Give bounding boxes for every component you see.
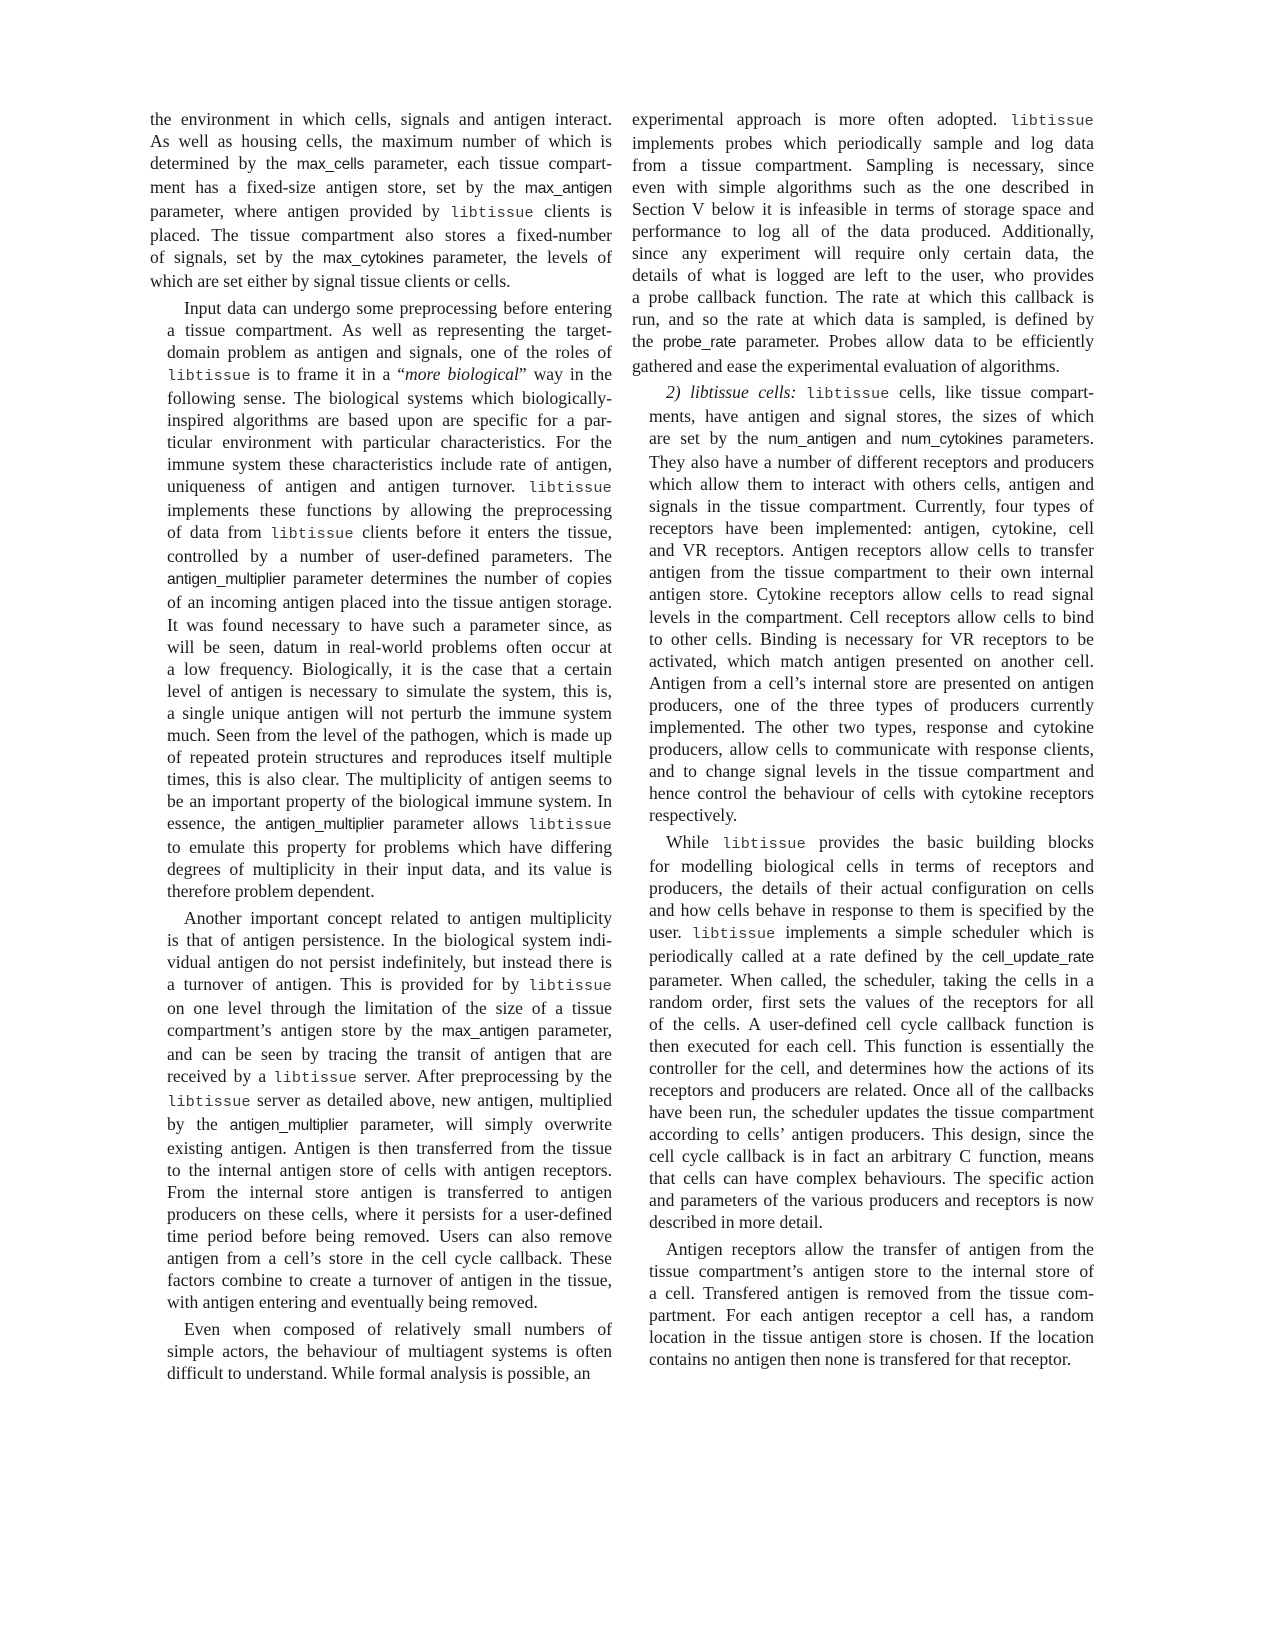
text-run: ” way in the [519,364,612,384]
text-line: will be seen, datum in real-world proble… [150,636,612,658]
text-run: experimental approach is more often adop… [632,109,1010,129]
text-run: much. Seen from the level of the pathoge… [167,725,612,745]
text-line: be an important property of the biologic… [150,790,612,812]
text-run: provides the basic building blocks [806,832,1094,852]
text-line: implemented. The other two types, respon… [632,716,1094,738]
parameter-name: antigen_multiplier [230,1117,349,1134]
text-line: Even when composed of relatively small n… [150,1318,612,1340]
text-run: are set by the [649,428,768,448]
text-run: inspired algorithms are based upon are s… [167,410,612,430]
text-line: received by a libtissue server. After pr… [150,1065,612,1089]
text-run: parameter. When called, the scheduler, t… [649,970,1094,990]
text-line: producers on these cells, where it persi… [150,1203,612,1225]
text-line: factors combine to create a turnover of … [150,1269,612,1291]
text-run: server. After preprocessing by the [357,1066,612,1086]
text-line: and can be seen by tracing the transit o… [150,1043,612,1065]
text-line: implements these functions by allowing t… [150,499,612,521]
text-line: of signals, set by the max_cytokines par… [150,246,612,270]
text-run: uniqueness of antigen and antigen turnov… [167,476,528,496]
parameter-name: max_cytokines [323,250,424,267]
text-run: levels in the compartment. Cell receptor… [649,607,1094,627]
text-line: of data from libtissue clients before it… [150,521,612,545]
text-line: a single unique antigen will not perturb… [150,702,612,724]
text-run: a probe callback function. The rate at w… [632,287,1094,307]
text-run: They also have a number of different rec… [649,452,1094,472]
text-line: libtissue is to frame it in a “more biol… [150,363,612,387]
text-run: Antigen receptors allow the transfer of … [666,1239,1094,1259]
text-line: signals in the tissue compartment. Curre… [632,495,1094,517]
text-run: clients before it enters the tissue, [354,522,612,542]
code-term: libtissue [528,977,612,995]
text-line: by the antigen_multiplier parameter, wil… [150,1113,612,1137]
code-term: libtissue [692,925,776,943]
text-line: performance to log all of the data produ… [632,220,1094,242]
text-run: receptors and producers are related. Onc… [649,1080,1094,1100]
text-line: parameter, where antigen provided by lib… [150,200,612,224]
text-line: parameter. When called, the scheduler, t… [632,969,1094,991]
text-run: will be seen, datum in real-world proble… [167,637,612,657]
text-line: Another important concept related to ant… [150,907,612,929]
text-line: uniqueness of antigen and antigen turnov… [150,475,612,499]
text-run: It was found necessary to have such a pa… [167,615,612,635]
text-run: existing antigen. Antigen is then transf… [167,1138,612,1158]
code-term: libtissue [528,816,612,834]
text-line: contains no antigen then none is transfe… [632,1348,1094,1370]
text-line: placed. The tissue compartment also stor… [150,224,612,246]
text-run: producers, allow cells to communicate wi… [649,739,1094,759]
text-run: parameters. [1003,428,1094,448]
text-run: placed. The tissue compartment also stor… [150,225,612,245]
text-line: a tissue compartment. As well as represe… [150,319,612,341]
text-run: that cells can have complex behaviours. … [649,1168,1094,1188]
text-line: activated, which match antigen presented… [632,650,1094,672]
text-run: activated, which match antigen presented… [649,651,1094,671]
text-run: parameter, the levels of [424,247,612,267]
text-run: ment has a fixed-size antigen store, set… [150,177,525,197]
text-run: received by a [167,1066,273,1086]
text-run: a low frequency. Biologically, it is the… [167,659,612,679]
code-term: libtissue [167,1093,251,1111]
text-run: be an important property of the biologic… [167,791,612,811]
text-run: signals in the tissue compartment. Curre… [649,496,1094,516]
text-run: is that of antigen persistence. In the b… [167,930,612,950]
text-run: details of what is logged are left to th… [632,265,1094,285]
text-line: antigen from the tissue compartment to t… [632,561,1094,583]
text-run: and VR receptors. Antigen receptors allo… [649,540,1094,560]
italic-text: more biological [405,364,519,384]
text-run: Section V below it is infeasible in term… [632,199,1094,219]
text-run: of signals, set by the [150,247,323,267]
text-line: of repeated protein structures and repro… [150,746,612,768]
text-line: compartment’s antigen store by the max_a… [150,1019,612,1043]
text-line: and to change signal levels in the tissu… [632,760,1094,782]
text-line: Antigen from a cell’s internal store are… [632,672,1094,694]
text-run: From the internal store antigen is trans… [167,1182,612,1202]
text-line: cell cycle callback is in fact an arbitr… [632,1145,1094,1167]
text-run: respectively. [649,805,737,825]
parameter-name: antigen_multiplier [265,816,384,833]
text-line: according to cells’ antigen producers. T… [632,1123,1094,1145]
text-line: run, and so the rate at which data is sa… [632,308,1094,330]
text-run: for modelling biological cells in terms … [649,856,1094,876]
text-run: As well as housing cells, the maximum nu… [150,131,612,151]
text-line: degrees of multiplicity in their input d… [150,858,612,880]
text-line: location in the tissue antigen store is … [632,1326,1094,1348]
text-line: vidual antigen do not persist indefinite… [150,951,612,973]
text-run: to the internal antigen store of cells w… [167,1160,612,1180]
paragraph-p8: Antigen receptors allow the transfer of … [632,1238,1094,1370]
text-line: respectively. [632,804,1094,826]
text-run: following sense. The biological systems … [167,388,612,408]
text-run: Antigen from a cell’s internal store are… [649,673,1094,693]
text-run: and parameters of the various producers … [649,1190,1094,1210]
text-line: 2) libtissue cells: libtissue cells, lik… [632,381,1094,405]
text-run: periodically called at a rate defined by… [649,946,982,966]
text-run: parameter, each tissue compart- [364,153,612,173]
text-run: parameter determines the number of copie… [286,568,612,588]
text-run: therefore problem dependent. [167,881,375,901]
text-line: inspired algorithms are based upon are s… [150,409,612,431]
text-line: random order, first sets the values of t… [632,991,1094,1013]
text-run: parameter allows [384,813,528,833]
text-run: parameter, [529,1020,612,1040]
text-run: compartment’s antigen store by the [167,1020,442,1040]
parameter-name: max_cells [297,156,365,173]
text-line: from a tissue compartment. Sampling is n… [632,154,1094,176]
code-term: libtissue [1010,112,1094,130]
text-run: factors combine to create a turnover of … [167,1270,612,1290]
text-line: are set by the num_antigen and num_cytok… [632,427,1094,451]
text-line: for modelling biological cells in terms … [632,855,1094,877]
paragraph-p5: experimental approach is more often adop… [632,108,1094,377]
text-run: implements a simple scheduler which is [776,922,1095,942]
text-line: immune system these characteristics incl… [150,453,612,475]
text-line: controlled by a number of user-defined p… [150,545,612,567]
text-line: and how cells behave in response to them… [632,899,1094,921]
text-run: then executed for each cell. This functi… [649,1036,1094,1056]
text-run: controller for the cell, and determines … [649,1058,1094,1078]
text-run: run, and so the rate at which data is sa… [632,309,1094,329]
text-line: As well as housing cells, the maximum nu… [150,130,612,152]
text-run: a tissue compartment. As well as represe… [167,320,612,340]
text-run: to emulate this property for problems wh… [167,837,612,857]
text-line: a probe callback function. The rate at w… [632,286,1094,308]
text-line: implements probes which periodically sam… [632,132,1094,154]
paragraph-p4: Even when composed of relatively small n… [150,1318,612,1384]
text-line: a cell. Transfered antigen is removed fr… [632,1282,1094,1304]
text-line: Antigen receptors allow the transfer of … [632,1238,1094,1260]
text-run: level of antigen is necessary to simulat… [167,681,612,701]
text-run: clients is [534,201,612,221]
text-run: which are set either by signal tissue cl… [150,271,511,291]
code-term: libtissue [273,1069,357,1087]
parameter-name: antigen_multiplier [167,571,286,588]
text-line: therefore problem dependent. [150,880,612,902]
text-line: producers, the details of their actual c… [632,877,1094,899]
code-term: libtissue [167,367,251,385]
text-run: producers, the details of their actual c… [649,878,1094,898]
text-run: and [856,428,901,448]
text-run: of the cells. A user-defined cell cycle … [649,1014,1094,1034]
text-run: is to frame it in a “ [251,364,405,384]
text-run: domain problem as antigen and signals, o… [167,342,612,362]
code-term: libtissue [270,525,354,543]
text-line: ticular environment with particular char… [150,431,612,453]
code-term: libtissue [722,835,806,853]
text-run: partment. For each antigen receptor a ce… [649,1305,1094,1325]
text-line: of an incoming antigen placed into the t… [150,591,612,613]
text-line: much. Seen from the level of the pathoge… [150,724,612,746]
code-term: libtissue [806,385,890,403]
text-run [796,382,805,402]
text-run: which allow them to interact with others… [649,474,1094,494]
text-run: since any experiment will require only c… [632,243,1094,263]
text-line: From the internal store antigen is trans… [150,1181,612,1203]
text-run: implements these functions by allowing t… [167,500,612,520]
text-line: to emulate this property for problems wh… [150,836,612,858]
text-run: of repeated protein structures and repro… [167,747,612,767]
parameter-name: num_antigen [768,431,856,448]
text-run: according to cells’ antigen producers. T… [649,1124,1094,1144]
text-line: tissue compartment’s antigen store to th… [632,1260,1094,1282]
text-run: from a tissue compartment. Sampling is n… [632,155,1094,175]
text-line: ments, have antigen and signal stores, t… [632,405,1094,427]
text-run: ticular environment with particular char… [167,432,612,452]
text-line: experimental approach is more often adop… [632,108,1094,132]
text-run: gathered and ease the experimental evalu… [632,356,1060,376]
text-run: parameter, where antigen provided by [150,201,450,221]
text-run: degrees of multiplicity in their input d… [167,859,612,879]
text-line: since any experiment will require only c… [632,242,1094,264]
text-run: with antigen entering and eventually bei… [167,1292,538,1312]
text-run: immune system these characteristics incl… [167,454,612,474]
text-line: antigen_multiplier parameter determines … [150,567,612,591]
text-line: which allow them to interact with others… [632,473,1094,495]
text-line: libtissue server as detailed above, new … [150,1089,612,1113]
text-run: by the [167,1114,230,1134]
text-run: antigen store. Cytokine receptors allow … [649,584,1094,604]
paragraph-p1: the environment in which cells, signals … [150,108,612,292]
text-line: producers, allow cells to communicate wi… [632,738,1094,760]
text-run: hence control the behaviour of cells wit… [649,783,1094,803]
text-line: While libtissue provides the basic build… [632,831,1094,855]
text-run: time period before being removed. Users … [167,1226,612,1246]
text-run: parameter. Probes allow data to be effic… [736,331,1094,351]
text-run: location in the tissue antigen store is … [649,1327,1094,1347]
text-run: tissue compartment’s antigen store to th… [649,1261,1094,1281]
paragraph-p2: Input data can undergo some preprocessin… [150,297,612,902]
text-line: controller for the cell, and determines … [632,1057,1094,1079]
text-run: of an incoming antigen placed into the t… [167,592,612,612]
text-run: and how cells behave in response to them… [649,900,1094,920]
text-line: on one level through the limitation of t… [150,997,612,1019]
text-line: details of what is logged are left to th… [632,264,1094,286]
text-line: receptors have been implemented: antigen… [632,517,1094,539]
text-line: which are set either by signal tissue cl… [150,270,612,292]
text-run: of data from [167,522,270,542]
text-line: producers, one of the three types of pro… [632,694,1094,716]
text-run: receptors have been implemented: antigen… [649,518,1094,538]
text-run: to other cells. Binding is necessary for… [649,629,1094,649]
text-line: determined by the max_cells parameter, e… [150,152,612,176]
text-line: is that of antigen persistence. In the b… [150,929,612,951]
text-run: random order, first sets the values of t… [649,992,1094,1012]
text-line: then executed for each cell. This functi… [632,1035,1094,1057]
text-run: While [666,832,722,852]
text-line: with antigen entering and eventually bei… [150,1291,612,1313]
text-run: determined by the [150,153,297,173]
text-run: the environment in which cells, signals … [150,109,612,129]
paragraph-p3: Another important concept related to ant… [150,907,612,1314]
text-line: the probe_rate parameter. Probes allow d… [632,330,1094,354]
text-line: simple actors, the behaviour of multiage… [150,1340,612,1362]
paper-page: the environment in which cells, signals … [0,0,1275,1650]
text-run: have been run, the scheduler updates the… [649,1102,1094,1122]
left-column: the environment in which cells, signals … [150,108,612,1389]
parameter-name: max_antigen [525,180,612,197]
text-line: levels in the compartment. Cell receptor… [632,606,1094,628]
code-term: libtissue [450,204,534,222]
text-run: a turnover of antigen. This is provided … [167,974,528,994]
text-run: difficult to understand. While formal an… [167,1363,590,1383]
text-line: time period before being removed. Users … [150,1225,612,1247]
text-run: cell cycle callback is in fact an arbitr… [649,1146,1094,1166]
text-line: essence, the antigen_multiplier paramete… [150,812,612,836]
text-run: times, this is also clear. The multiplic… [167,769,612,789]
text-run: a cell. Transfered antigen is removed fr… [649,1283,1094,1303]
text-run: controlled by a number of user-defined p… [167,546,612,566]
text-line: existing antigen. Antigen is then transf… [150,1137,612,1159]
text-line: times, this is also clear. The multiplic… [150,768,612,790]
code-term: libtissue [528,479,612,497]
text-run: described in more detail. [649,1212,823,1232]
text-run: producers on these cells, where it persi… [167,1204,612,1224]
italic-text: 2) libtissue cells: [666,382,796,402]
text-run: antigen from the tissue compartment to t… [649,562,1094,582]
parameter-name: cell_update_rate [982,949,1094,966]
text-line: have been run, the scheduler updates the… [632,1101,1094,1123]
text-run: implements probes which periodically sam… [632,133,1094,153]
text-line: following sense. The biological systems … [150,387,612,409]
text-run: producers, one of the three types of pro… [649,695,1094,715]
text-run: and to change signal levels in the tissu… [649,761,1094,781]
text-run: contains no antigen then none is transfe… [649,1349,1071,1369]
text-run: ments, have antigen and signal stores, t… [649,406,1094,426]
paragraph-p7: While libtissue provides the basic build… [632,831,1094,1234]
text-run: Even when composed of relatively small n… [184,1319,612,1339]
text-run: performance to log all of the data produ… [632,221,1094,241]
text-run: Another important concept related to ant… [184,908,612,928]
text-line: user. libtissue implements a simple sche… [632,921,1094,945]
text-line: hence control the behaviour of cells wit… [632,782,1094,804]
text-line: partment. For each antigen receptor a ce… [632,1304,1094,1326]
text-run: cells, like tissue compart- [890,382,1094,402]
text-line: level of antigen is necessary to simulat… [150,680,612,702]
parameter-name: probe_rate [663,334,736,351]
text-line: to the internal antigen store of cells w… [150,1159,612,1181]
text-line: a low frequency. Biologically, it is the… [150,658,612,680]
text-run: antigen from a cell’s store in the cell … [167,1248,612,1268]
text-line: a turnover of antigen. This is provided … [150,973,612,997]
text-run: vidual antigen do not persist indefinite… [167,952,612,972]
text-line: receptors and producers are related. Onc… [632,1079,1094,1101]
text-line: gathered and ease the experimental evalu… [632,355,1094,377]
text-run: parameter, will simply overwrite [348,1114,612,1134]
text-run: user. [649,922,692,942]
text-run: implemented. The other two types, respon… [649,717,1094,737]
text-line: even with simple algorithms such as the … [632,176,1094,198]
text-run: server as detailed above, new antigen, m… [251,1090,612,1110]
parameter-name: num_cytokines [901,431,1002,448]
parameter-name: max_antigen [442,1023,529,1040]
text-run: and can be seen by tracing the transit o… [167,1044,612,1064]
text-line: described in more detail. [632,1211,1094,1233]
text-line: antigen from a cell’s store in the cell … [150,1247,612,1269]
text-line: periodically called at a rate defined by… [632,945,1094,969]
text-run: on one level through the limitation of t… [167,998,612,1018]
paragraph-p6: 2) libtissue cells: libtissue cells, lik… [632,381,1094,826]
text-run: simple actors, the behaviour of multiage… [167,1341,612,1361]
text-line: antigen store. Cytokine receptors allow … [632,583,1094,605]
text-run: Input data can undergo some preprocessin… [184,298,612,318]
text-line: They also have a number of different rec… [632,451,1094,473]
text-line: difficult to understand. While formal an… [150,1362,612,1384]
text-line: and VR receptors. Antigen receptors allo… [632,539,1094,561]
text-line: Input data can undergo some preprocessin… [150,297,612,319]
text-line: of the cells. A user-defined cell cycle … [632,1013,1094,1035]
text-line: Section V below it is infeasible in term… [632,198,1094,220]
text-run: the [632,331,663,351]
text-line: and parameters of the various producers … [632,1189,1094,1211]
text-line: It was found necessary to have such a pa… [150,614,612,636]
text-run: even with simple algorithms such as the … [632,177,1094,197]
right-column: experimental approach is more often adop… [632,108,1094,1375]
text-line: that cells can have complex behaviours. … [632,1167,1094,1189]
text-line: to other cells. Binding is necessary for… [632,628,1094,650]
text-line: ment has a fixed-size antigen store, set… [150,176,612,200]
text-line: the environment in which cells, signals … [150,108,612,130]
text-run: essence, the [167,813,265,833]
text-run: a single unique antigen will not perturb… [167,703,612,723]
text-line: domain problem as antigen and signals, o… [150,341,612,363]
